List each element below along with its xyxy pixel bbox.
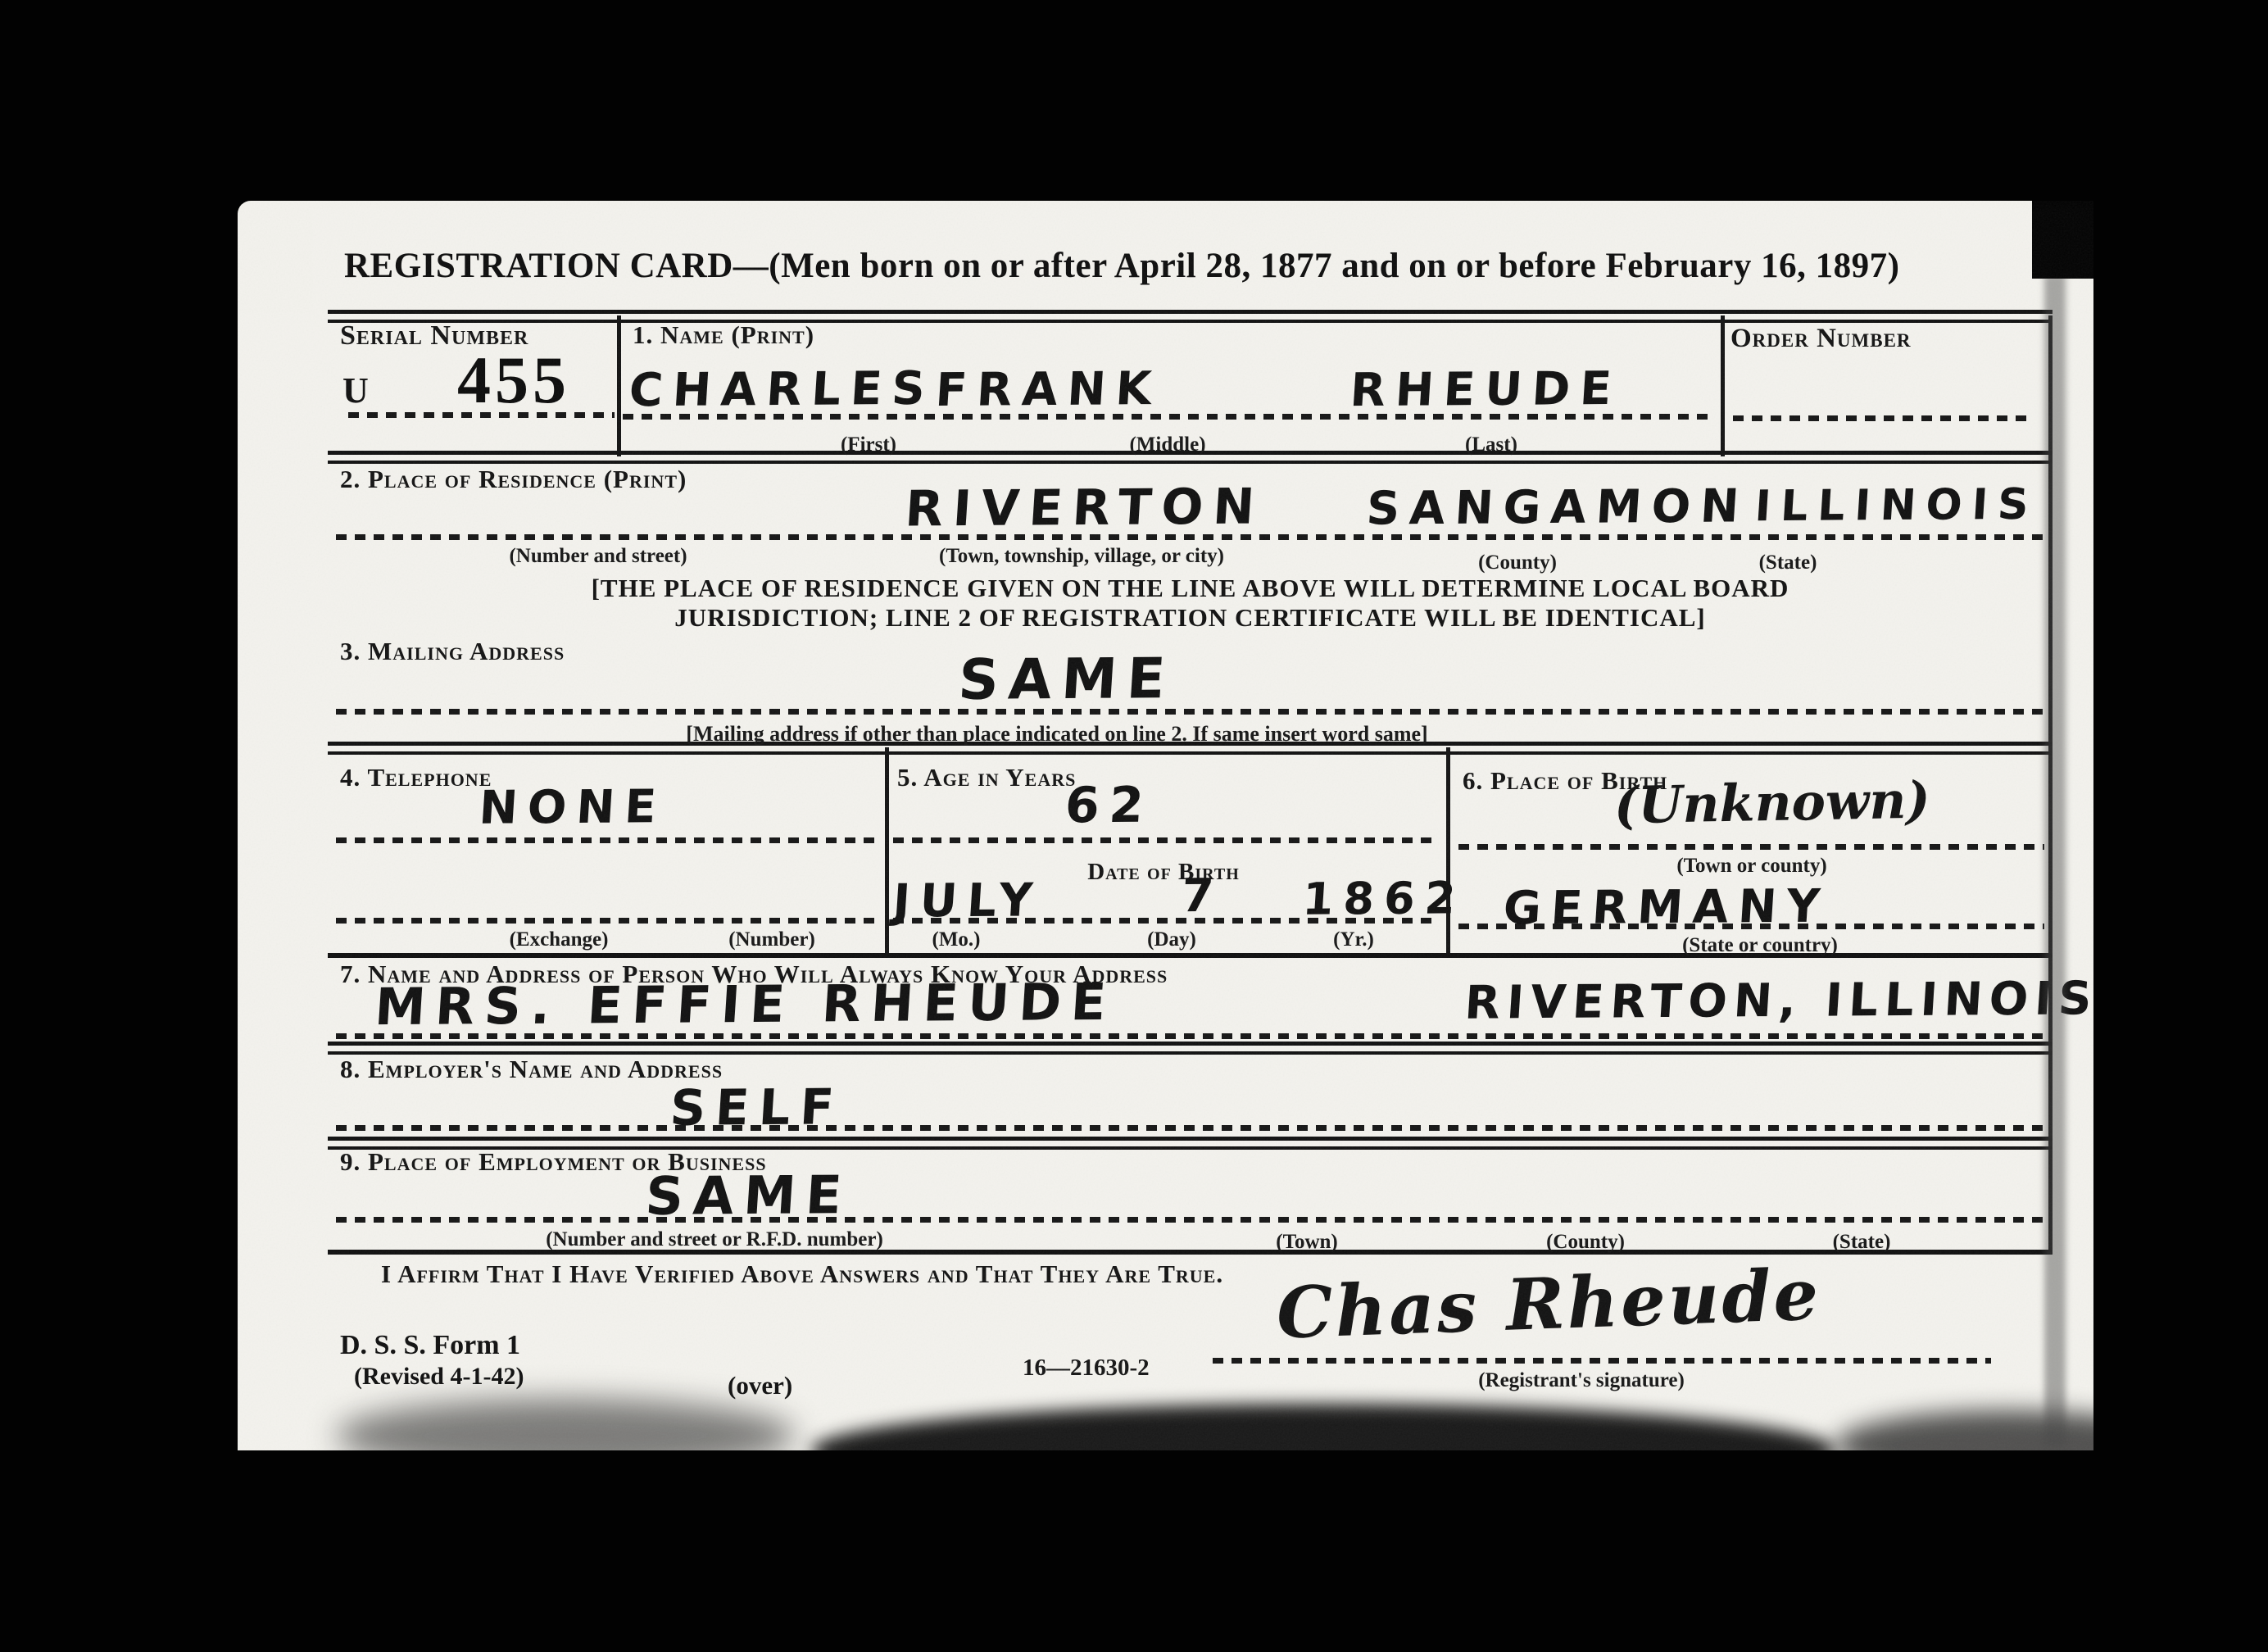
contact-name-value: MRS. EFFIE RHEUDE	[373, 972, 1117, 1037]
over-note: (over)	[728, 1371, 792, 1400]
employment-dotted-line	[336, 1217, 2053, 1223]
employer-dotted-line	[336, 1125, 2053, 1131]
affirmation-text: I Affirm That I Have Verified Above Answ…	[381, 1259, 1223, 1289]
residence-county-value: SANGAMON	[1365, 479, 1750, 535]
scan-smudge-center	[811, 1404, 1835, 1450]
signature-sublabel: (Registrant's signature)	[1478, 1369, 1685, 1392]
birth-state-sublabel: (State or country)	[1682, 934, 1838, 957]
order-dotted-line	[1733, 415, 2028, 421]
residence-town-value: RIVERTON	[904, 478, 1266, 538]
serial-prefix: U	[342, 370, 369, 411]
birth-town-value: (Unknown)	[1613, 770, 1930, 836]
telephone-value: NONE	[478, 780, 668, 835]
divider-telephone-age	[885, 747, 889, 955]
registrant-signature: Chas Rheude	[1275, 1253, 1821, 1355]
print-code: 16—21630-2	[1023, 1355, 1150, 1382]
order-number-label: Order Number	[1730, 324, 1912, 354]
signature-dotted-line	[1213, 1358, 1991, 1364]
birth-town-sublabel: (Town or county)	[1676, 855, 1826, 878]
employment-street-sublabel: (Number and street or R.F.D. number)	[546, 1228, 883, 1251]
last-sublabel: (Last)	[1465, 433, 1517, 456]
scan-smudge-left	[336, 1399, 795, 1450]
divider-serial-name	[617, 315, 621, 456]
form-revised: (Revised 4-1-42)	[354, 1363, 524, 1391]
age-label: 5. Age in Years	[897, 763, 1076, 792]
employment-town-sublabel: (Town)	[1276, 1231, 1338, 1254]
birth-country-value: GERMANY	[1502, 880, 1831, 936]
rule-under-title	[328, 310, 2053, 323]
year-sublabel: (Yr.)	[1333, 928, 1374, 951]
divider-name-order	[1721, 315, 1725, 456]
mailing-dotted-line	[336, 709, 2053, 715]
number-sublabel: (Number)	[728, 928, 815, 951]
employer-value: SELF	[669, 1078, 846, 1137]
state-sublabel: (State)	[1759, 551, 1817, 574]
dob-day-value: 7	[1180, 869, 1225, 923]
county-sublabel: (County)	[1478, 551, 1557, 574]
first-sublabel: (First)	[841, 433, 896, 456]
residence-state-value: ILLINOIS	[1753, 480, 2039, 531]
card-title: REGISTRATION CARD—(Men born on or after …	[344, 246, 1899, 286]
dob-month-value: JULY	[891, 874, 1044, 928]
telephone-dotted-line-1	[336, 837, 877, 843]
dob-year-value: 1862	[1301, 872, 1467, 924]
age-dotted-line	[893, 837, 1438, 843]
scan-background: { "card": { "title": "REGISTRATION CARD—…	[0, 0, 2268, 1652]
employment-state-sublabel: (State)	[1833, 1231, 1891, 1254]
birth-town-dotted-line	[1458, 844, 2044, 850]
residence-label: 2. Place of Residence (Print)	[340, 465, 687, 494]
telephone-dotted-line-2	[336, 918, 877, 924]
form-number: D. S. S. Form 1	[340, 1330, 520, 1361]
jurisdiction-notice-line1: [THE PLACE OF RESIDENCE GIVEN ON THE LIN…	[328, 574, 2053, 603]
contact-address-value: RIVERTON, ILLINOIS	[1463, 972, 2093, 1029]
telephone-label: 4. Telephone	[340, 763, 492, 792]
jurisdiction-notice-line2: JURISDICTION; LINE 2 OF REGISTRATION CER…	[328, 603, 2053, 633]
name-first-value: CHARLES	[628, 362, 937, 418]
mailing-sublabel: [Mailing address if other than place ind…	[686, 722, 1427, 747]
rule-under-row7	[328, 1042, 2053, 1055]
age-value: 62	[1064, 777, 1155, 835]
employment-county-sublabel: (County)	[1546, 1231, 1625, 1254]
month-sublabel: (Mo.)	[932, 928, 981, 951]
employer-label: 8. Employer's Name and Address	[340, 1055, 723, 1084]
scan-edge-streak	[2044, 275, 2066, 1446]
registration-card: REGISTRATION CARD—(Men born on or after …	[238, 201, 2093, 1450]
serial-value: 455	[457, 342, 570, 419]
scan-corner-notch	[2032, 201, 2093, 279]
jurisdiction-notice: [THE PLACE OF RESIDENCE GIVEN ON THE LIN…	[328, 574, 2053, 633]
town-sublabel: (Town, township, village, or city)	[939, 545, 1224, 568]
exchange-sublabel: (Exchange)	[510, 928, 609, 951]
name-label: 1. Name (Print)	[633, 320, 814, 350]
day-sublabel: (Day)	[1147, 928, 1196, 951]
mailing-label: 3. Mailing Address	[340, 637, 565, 666]
name-middle-value: FRANK	[934, 362, 1163, 417]
middle-sublabel: (Middle)	[1129, 433, 1205, 456]
mailing-value: SAME	[956, 647, 1177, 713]
employment-value: SAME	[644, 1165, 854, 1228]
name-last-value: RHEUDE	[1349, 362, 1623, 417]
street-sublabel: (Number and street)	[509, 545, 687, 568]
